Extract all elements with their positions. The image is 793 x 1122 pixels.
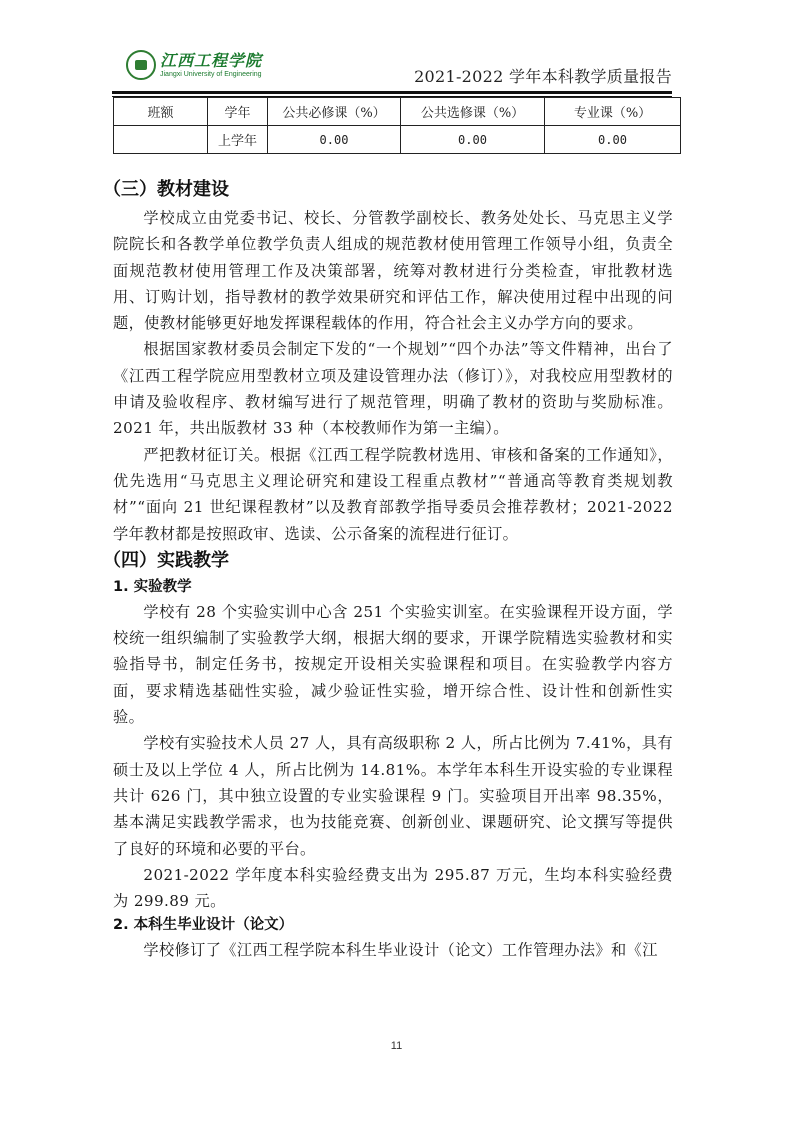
table-header-cell: 专业课（%） [545, 98, 681, 126]
table-cell: 上学年 [208, 126, 268, 154]
report-title: 2021-2022 学年本科教学质量报告 [414, 64, 672, 87]
table-header-cell: 公共选修课（%） [401, 98, 545, 126]
document-body: （三）教材建设 学校成立由党委书记、校长、分管教学副校长、教务处处长、马克思主义… [113, 178, 673, 964]
table-header-cell: 学年 [208, 98, 268, 126]
course-ratio-table: 班额 学年 公共必修课（%） 公共选修课（%） 专业课（%） 上学年 0.00 … [113, 97, 681, 154]
paragraph: 2021-2022 学年度本科实验经费支出为 295.87 万元，生均本科实验经… [113, 862, 673, 915]
paragraph: 学校有实验技术人员 27 人，具有高级职称 2 人，所占比例为 7.41%，具有… [113, 730, 673, 861]
university-logo: 江西工程学院 Jiangxi University of Engineering [126, 50, 262, 80]
table-header-cell: 公共必修课（%） [268, 98, 401, 126]
paragraph: 学校成立由党委书记、校长、分管教学副校长、教务处处长、马克思主义学院院长和各教学… [113, 205, 673, 336]
logo-name-cn: 江西工程学院 [160, 52, 262, 70]
subsection-heading-experiments: 1. 实验教学 [113, 576, 673, 599]
table-header-row: 班额 学年 公共必修课（%） 公共选修课（%） 专业课（%） [114, 98, 681, 126]
section-heading-practice: （四）实践教学 [103, 549, 673, 573]
page-number: 11 [0, 1040, 793, 1052]
paragraph: 严把教材征订关。根据《江西工程学院教材选用、审核和备案的工作通知》，优先选用“马… [113, 442, 673, 547]
table-cell [114, 126, 208, 154]
header-rule-thick [112, 91, 672, 94]
section-heading-textbooks: （三）教材建设 [103, 178, 673, 202]
paragraph: 学校有 28 个实验实训中心含 251 个实验实训室。在实验课程开设方面，学校统… [113, 599, 673, 730]
table-header-cell: 班额 [114, 98, 208, 126]
table-cell: 0.00 [401, 126, 545, 154]
table-cell: 0.00 [268, 126, 401, 154]
paragraph: 学校修订了《江西工程学院本科生毕业设计（论文）工作管理办法》和《江 [113, 937, 673, 963]
logo-name-en: Jiangxi University of Engineering [160, 70, 262, 79]
subsection-heading-thesis: 2. 本科生毕业设计（论文） [113, 914, 673, 937]
table-cell: 0.00 [545, 126, 681, 154]
paragraph: 根据国家教材委员会制定下发的“一个规划”“四个办法”等文件精神，出台了《江西工程… [113, 336, 673, 441]
university-seal-icon [126, 50, 156, 80]
page-header: 江西工程学院 Jiangxi University of Engineering… [112, 46, 672, 92]
table-row: 上学年 0.00 0.00 0.00 [114, 126, 681, 154]
